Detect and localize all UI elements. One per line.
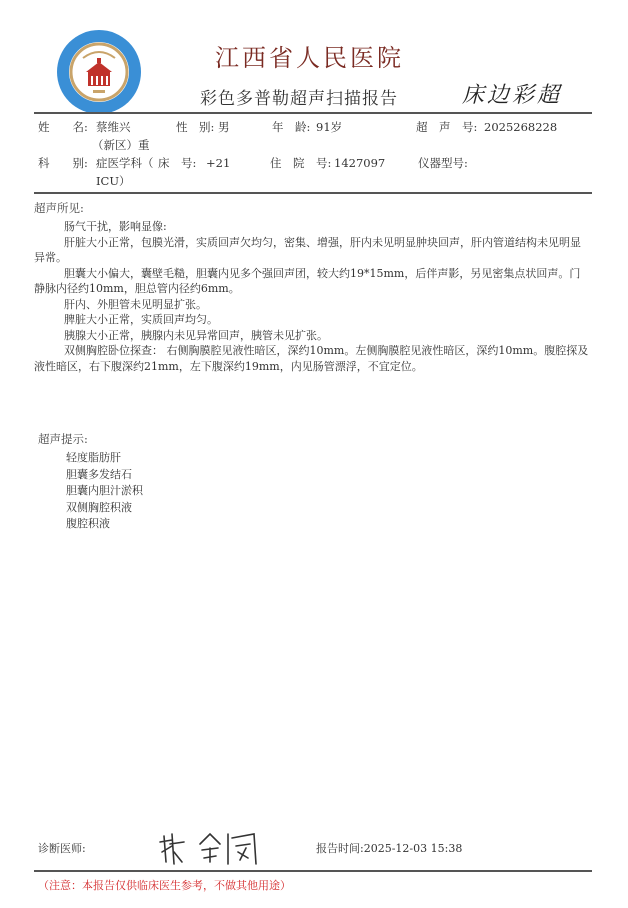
- report-time-label: 报告时间:: [316, 842, 364, 855]
- impression-list: 轻度脂肪肝 胆囊多发结石 胆囊内胆汁淤积 双侧胸腔积液 腹腔积液: [66, 450, 143, 533]
- inpatient-no-value: 1427097: [334, 156, 385, 170]
- handwritten-signature-icon: [158, 822, 268, 870]
- finding-paragraph: 双侧胸腔卧位探查： 右侧胸膜腔见液性暗区，深约10mm。左侧胸膜腔见液性暗区，深…: [34, 343, 590, 374]
- device-model-label: 仪器型号:: [418, 156, 468, 170]
- finding-paragraph: 肝内、外胆管未见明显扩张。: [34, 297, 590, 313]
- impression-item: 双侧胸腔积液: [66, 500, 143, 517]
- header-divider: [34, 112, 592, 114]
- dept-label: 科 别:: [38, 156, 88, 170]
- report-title: 彩色多普勒超声扫描报告: [200, 84, 398, 109]
- finding-paragraph: 肝脏大小正常，包膜光滑，实质回声欠均匀，密集、增强，肝内未见明显肿块回声，肝内管…: [34, 235, 590, 266]
- impression-item: 胆囊内胆汁淤积: [66, 483, 143, 500]
- dept-value: 症医学科（: [96, 156, 154, 170]
- finding-paragraph: 脾脏大小正常，实质回声均匀。: [34, 312, 590, 328]
- dept-value-continued: ICU）: [96, 174, 131, 188]
- age-value: 91岁: [316, 120, 342, 134]
- patient-name-value: 蔡维兴: [96, 120, 131, 134]
- district: （新区）重: [92, 138, 150, 152]
- bed-label: 床 号:: [158, 156, 196, 170]
- report-time-value: 2025-12-03 15:38: [364, 842, 463, 855]
- footer-divider: [34, 870, 592, 872]
- doctor-label: 诊断医师:: [38, 840, 86, 856]
- ultrasound-no-value: 2025268228: [484, 120, 557, 134]
- age-label: 年 龄:: [272, 120, 310, 134]
- report-type: 床边彩超: [462, 78, 562, 109]
- impression-title: 超声提示:: [38, 431, 88, 447]
- hospital-logo-icon: [55, 28, 143, 116]
- bed-value: +21: [206, 156, 230, 170]
- impression-item: 胆囊多发结石: [66, 467, 143, 484]
- finding-paragraph: 肠气干扰，影响显像:: [34, 219, 590, 235]
- finding-paragraph: 胆囊大小偏大，囊壁毛糙，胆囊内见多个强回声团，较大约19*15mm，后伴声影，另…: [34, 266, 590, 297]
- hospital-name: 江西省人民医院: [215, 38, 404, 73]
- patient-name-label: 姓 名:: [38, 120, 88, 134]
- disclaimer-note: （注意：本报告仅供临床医生参考，不做其他用途）: [38, 877, 291, 893]
- info-divider: [34, 192, 592, 194]
- report-time: 报告时间:2025-12-03 15:38: [316, 840, 462, 856]
- sex-value: 男: [218, 120, 230, 134]
- findings-title: 超声所见:: [34, 200, 84, 216]
- sex-label: 性 别:: [176, 120, 214, 134]
- inpatient-no-label: 住 院 号:: [270, 156, 331, 170]
- impression-item: 轻度脂肪肝: [66, 450, 143, 467]
- findings-body: 肠气干扰，影响显像: 肝脏大小正常，包膜光滑，实质回声欠均匀，密集、增强，肝内未…: [34, 219, 590, 374]
- ultrasound-no-label: 超 声 号:: [416, 120, 477, 134]
- finding-paragraph: 胰腺大小正常，胰腺内未见异常回声，胰管未见扩张。: [34, 328, 590, 344]
- impression-item: 腹腔积液: [66, 516, 143, 533]
